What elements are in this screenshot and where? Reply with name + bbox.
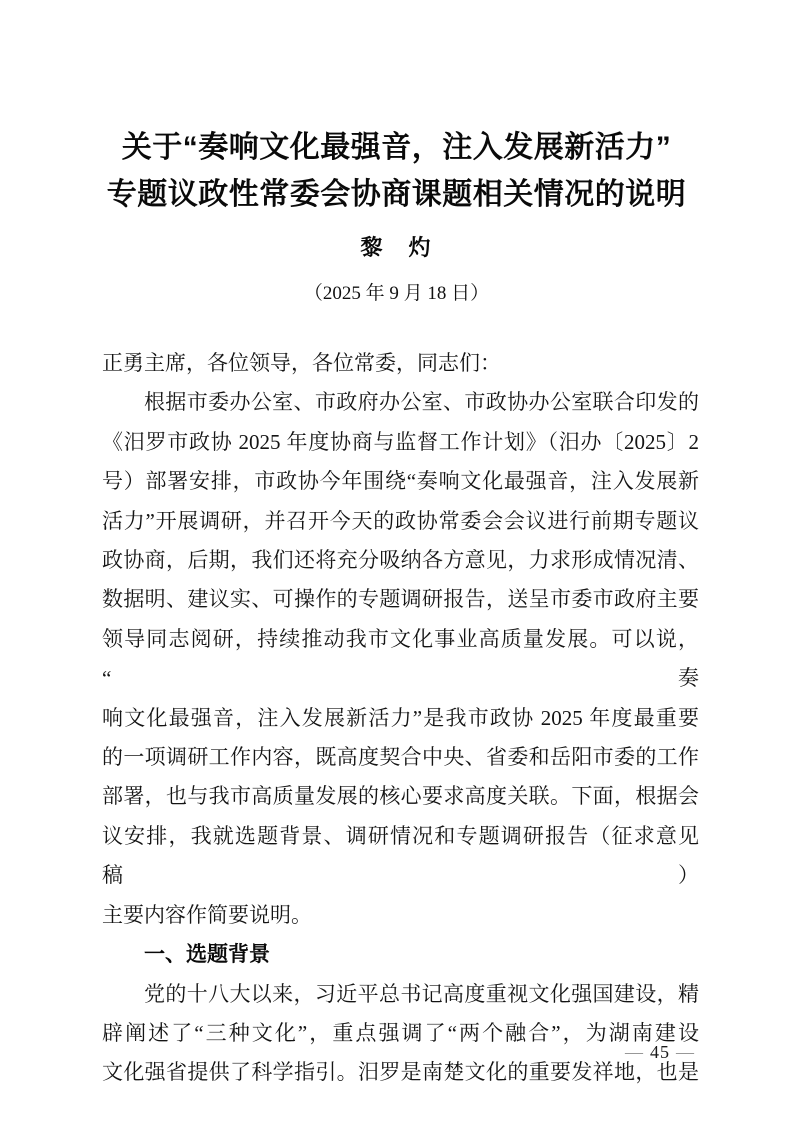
body-line: 议安排，我就选题背景、调研情况和专题调研报告（征求意见稿） — [102, 817, 699, 896]
body-line: 辟阐述了“三种文化”，重点强调了“两个融合”，为湖南建设 — [102, 1014, 699, 1053]
body-line: 根据市委办公室、市政府办公室、市政协办公室联合印发的 — [102, 383, 699, 422]
document-date: （2025 年 9 月 18 日） — [0, 278, 793, 305]
body-line: 主要内容作简要说明。 — [102, 896, 699, 935]
author-name: 黎 灼 — [0, 231, 793, 262]
body-line: 党的十八大以来，习近平总书记高度重视文化强国建设，精 — [102, 975, 699, 1014]
page-number-dash-right: — — [670, 1042, 701, 1062]
body-line: 领导同志阅研，持续推动我市文化事业高质量发展。可以说，“奏 — [102, 620, 699, 699]
page-number: —45— — [619, 1042, 701, 1063]
body-line: 部署，也与我市高质量发展的核心要求高度关联。下面，根据会 — [102, 777, 699, 816]
body-line: 《汨罗市政协 2025 年度协商与监督工作计划》（汨办〔2025〕2 — [102, 423, 699, 462]
body-line: 活力”开展调研，并召开今天的政协常委会会议进行前期专题议 — [102, 502, 699, 541]
body-line: 数据明、建议实、可操作的专题调研报告，送呈市委市政府主要 — [102, 580, 699, 619]
document-body: 正勇主席，各位领导，各位常委，同志们：根据市委办公室、市政府办公室、市政协办公室… — [102, 344, 699, 1093]
body-line: 正勇主席，各位领导，各位常委，同志们： — [102, 344, 699, 383]
page-number-dash-left: — — [619, 1042, 650, 1062]
body-line: 的一项调研工作内容，既高度契合中央、省委和岳阳市委的工作 — [102, 738, 699, 777]
page-number-value: 45 — [650, 1042, 670, 1062]
body-line: 响文化最强音，注入发展新活力”是我市政协 2025 年度最重要 — [102, 699, 699, 738]
section-heading: 一、选题背景 — [102, 935, 699, 974]
body-line: 文化强省提供了科学指引。汨罗是南楚文化的重要发祥地，也是 — [102, 1053, 699, 1092]
document-page: 关于“奏响文化最强音，注入发展新活力” 专题议政性常委会协商课题相关情况的说明 … — [0, 0, 793, 1122]
document-title: 关于“奏响文化最强音，注入发展新活力” 专题议政性常委会协商课题相关情况的说明 — [0, 124, 793, 218]
document-title-line-1: 关于“奏响文化最强音，注入发展新活力” — [0, 124, 793, 171]
body-line: 政协商，后期，我们还将充分吸纳各方意见，力求形成情况清、 — [102, 541, 699, 580]
body-line: 号）部署安排，市政协今年围绕“奏响文化最强音，注入发展新 — [102, 462, 699, 501]
document-title-line-2: 专题议政性常委会协商课题相关情况的说明 — [0, 171, 793, 218]
